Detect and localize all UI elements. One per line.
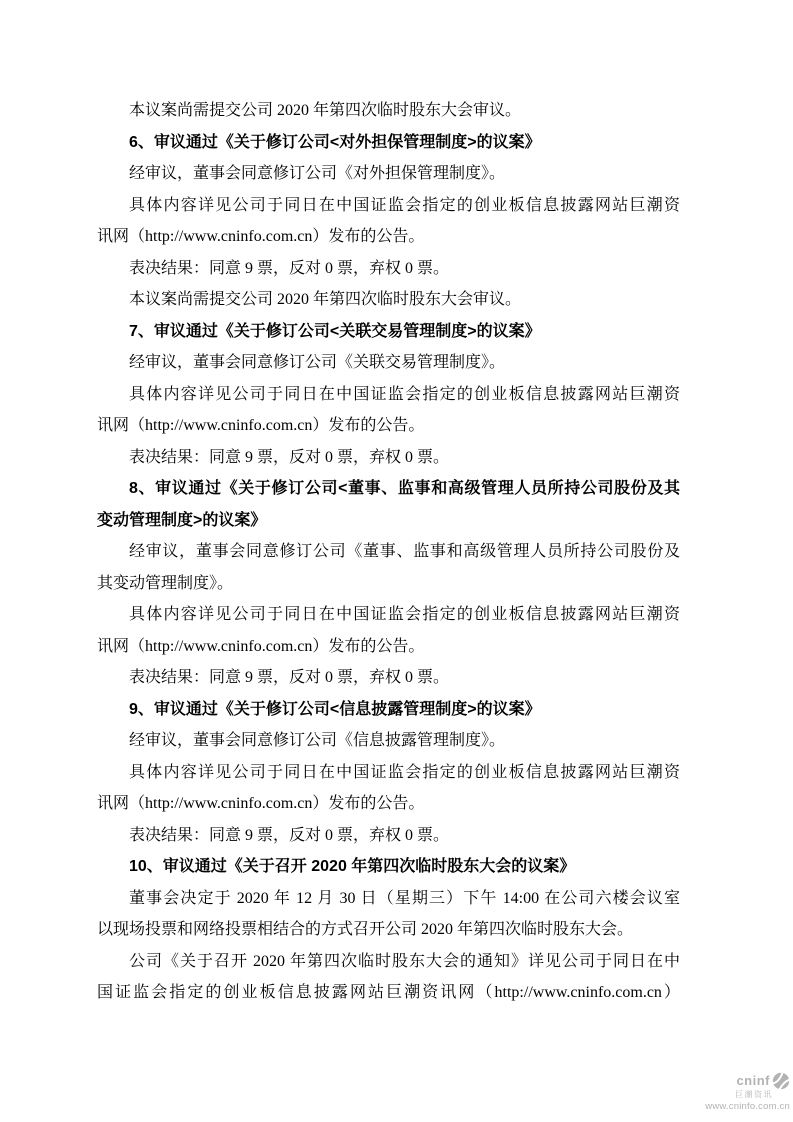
item9-approval: 经审议，董事会同意修订公司《信息披露管理制度》。 (97, 725, 680, 757)
item6-heading: 6、审议通过《关于修订公司<对外担保管理制度>的议案》 (97, 127, 680, 159)
item6-approval: 经审议，董事会同意修订公司《对外担保管理制度》。 (97, 158, 680, 190)
item8-approval-line2: 其变动管理制度》。 (97, 568, 680, 600)
item6-submission-note: 本议案尚需提交公司 2020 年第四次临时股东大会审议。 (97, 284, 680, 316)
cninfo-swirl-icon (772, 1072, 790, 1090)
item7-approval: 经审议，董事会同意修订公司《关联交易管理制度》。 (97, 347, 680, 379)
item10-heading: 10、审议通过《关于召开 2020 年第四次临时股东大会的议案》 (97, 851, 680, 883)
document-page: 本议案尚需提交公司 2020 年第四次临时股东大会审议。 6、审议通过《关于修订… (0, 0, 793, 1122)
item9-vote-result: 表决结果：同意 9 票，反对 0 票，弃权 0 票。 (97, 820, 680, 852)
item8-vote-result: 表决结果：同意 9 票，反对 0 票，弃权 0 票。 (97, 662, 680, 694)
item9-heading: 9、审议通过《关于修订公司<信息披露管理制度>的议案》 (97, 694, 680, 726)
item7-disclosure-line2: 讯网（http://www.cninfo.com.cn）发布的公告。 (97, 410, 680, 442)
item7-disclosure-line1: 具体内容详见公司于同日在中国证监会指定的创业板信息披露网站巨潮资 (97, 379, 680, 411)
item9-disclosure-line1: 具体内容详见公司于同日在中国证监会指定的创业板信息披露网站巨潮资 (97, 757, 680, 789)
document-body: 本议案尚需提交公司 2020 年第四次临时股东大会审议。 6、审议通过《关于修订… (97, 95, 680, 1009)
cninfo-brand-chinese: 巨潮资讯 (705, 1091, 773, 1100)
item8-disclosure-line2: 讯网（http://www.cninfo.com.cn）发布的公告。 (97, 631, 680, 663)
cninfo-site-url: www.cninfo.com.cn (705, 1102, 790, 1112)
item10-meeting-line2: 以现场投票和网络投票相结合的方式召开公司 2020 年第四次临时股东大会。 (97, 914, 680, 946)
item7-heading: 7、审议通过《关于修订公司<关联交易管理制度>的议案》 (97, 316, 680, 348)
item8-heading-line2: 变动管理制度>的议案》 (97, 505, 680, 537)
item10-notice-line1: 公司《关于召开 2020 年第四次临时股东大会的通知》详见公司于同日在中 (97, 946, 680, 978)
item8-approval-line1: 经审议，董事会同意修订公司《董事、监事和高级管理人员所持公司股份及 (97, 536, 680, 568)
item8-heading-line1: 8、审议通过《关于修订公司<董事、监事和高级管理人员所持公司股份及其 (97, 473, 680, 505)
item6-disclosure-line1: 具体内容详见公司于同日在中国证监会指定的创业板信息披露网站巨潮资 (97, 190, 680, 222)
item9-disclosure-line2: 讯网（http://www.cninfo.com.cn）发布的公告。 (97, 788, 680, 820)
item5-submission-note: 本议案尚需提交公司 2020 年第四次临时股东大会审议。 (97, 95, 680, 127)
cninfo-brand-text: cninf (736, 1074, 770, 1088)
item6-vote-result: 表决结果：同意 9 票，反对 0 票，弃权 0 票。 (97, 253, 680, 285)
item7-vote-result: 表决结果：同意 9 票，反对 0 票，弃权 0 票。 (97, 442, 680, 474)
item6-disclosure-line2: 讯网（http://www.cninfo.com.cn）发布的公告。 (97, 221, 680, 253)
item8-disclosure-line1: 具体内容详见公司于同日在中国证监会指定的创业板信息披露网站巨潮资 (97, 599, 680, 631)
item10-notice-line2: 国证监会指定的创业板信息披露网站巨潮资讯网（http://www.cninfo.… (97, 977, 680, 1009)
cninfo-watermark: cninf 巨潮资讯 www.cninfo.com.cn (705, 1072, 790, 1112)
item10-meeting-line1: 董事会决定于 2020 年 12 月 30 日（星期三）下午 14:00 在公司… (97, 883, 680, 915)
